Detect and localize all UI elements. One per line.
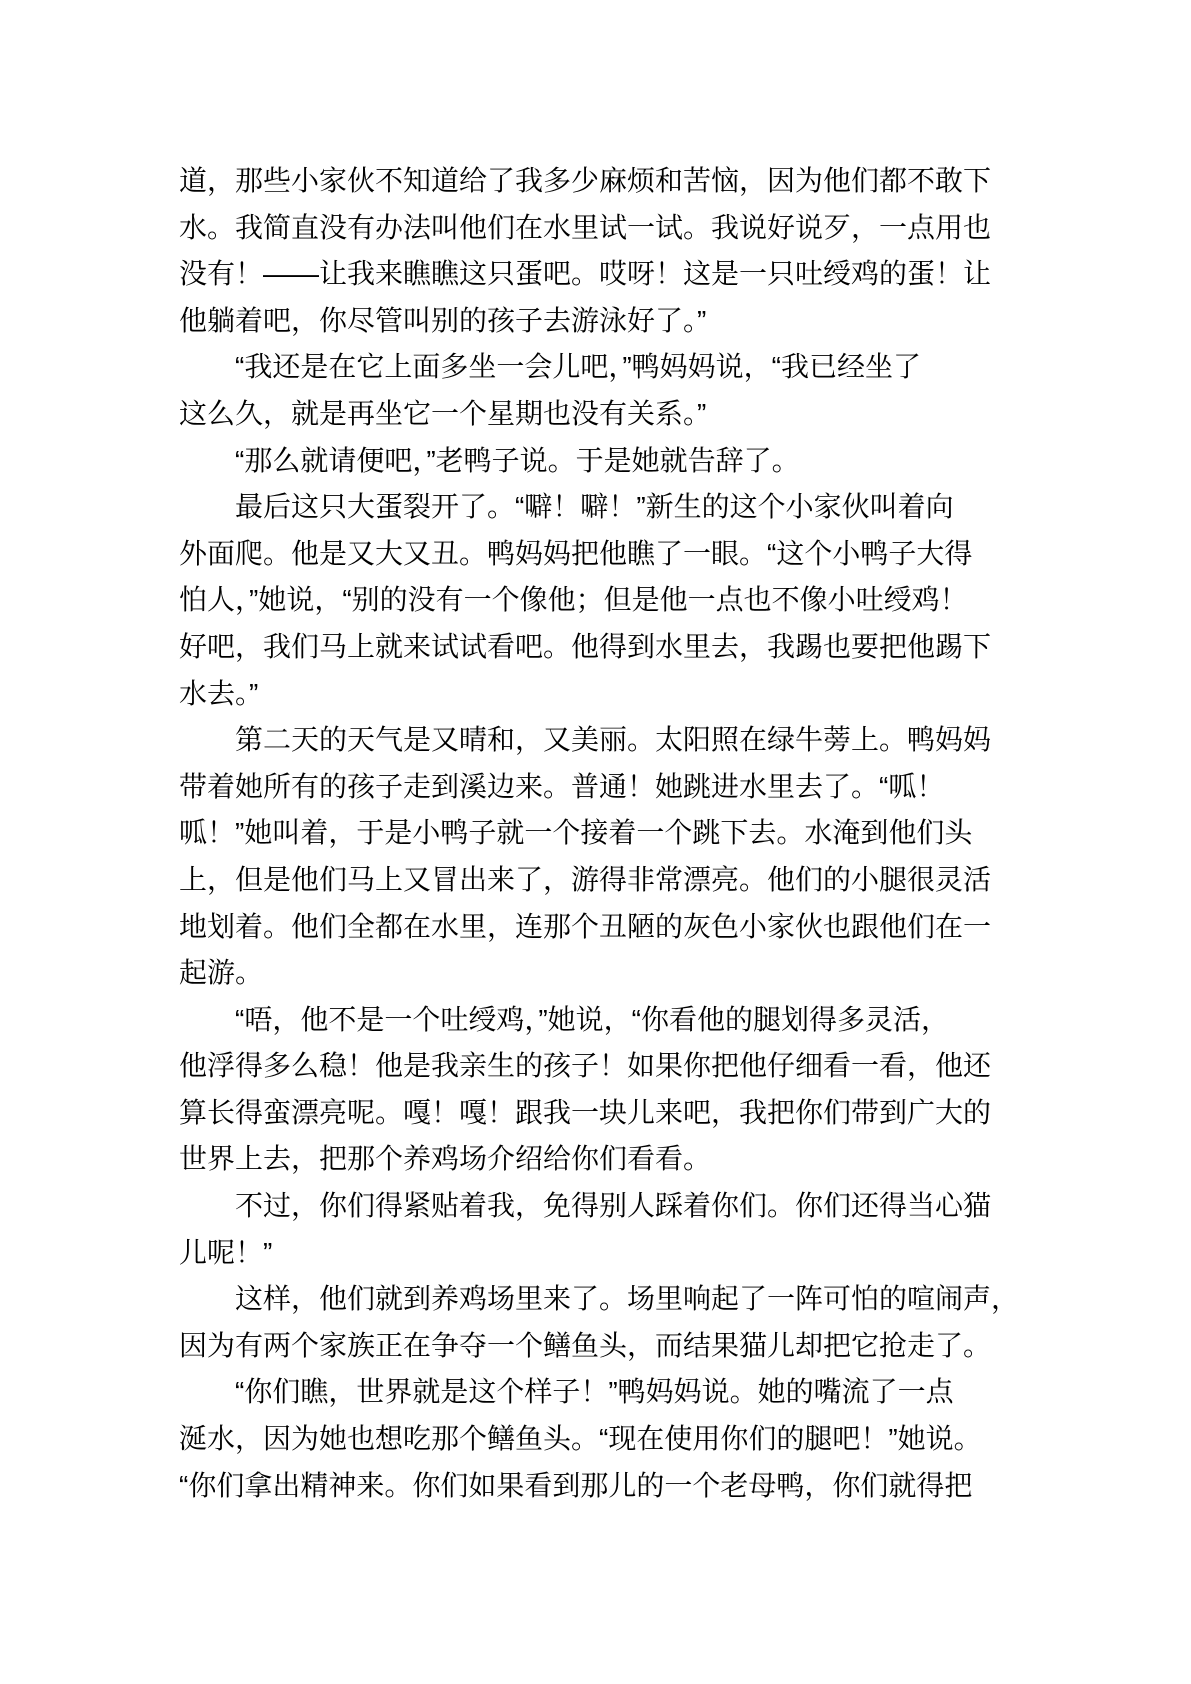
text-line: “我还是在它上面多坐一会儿吧，”鸭妈妈说，“我已经坐了 xyxy=(179,344,1019,391)
text-line: 外面爬。他是又大又丑。鸭妈妈把他瞧了一眼。“这个小鸭子大得 xyxy=(179,531,1019,578)
text-line: 他躺着吧，你尽管叫别的孩子去游泳好了。” xyxy=(179,298,1019,345)
text-line: “唔，他不是一个吐绶鸡，”她说，“你看他的腿划得多灵活， xyxy=(179,997,1019,1044)
text-line: 世界上去，把那个养鸡场介绍给你们看看。 xyxy=(179,1136,1019,1183)
paragraph-6: “唔，他不是一个吐绶鸡，”她说，“你看他的腿划得多灵活，他浮得多么稳！他是我亲生… xyxy=(179,997,1019,1183)
paragraph-3: “那么就请便吧，”老鸭子说。于是她就告辞了。 xyxy=(179,438,1019,485)
text-line: “那么就请便吧，”老鸭子说。于是她就告辞了。 xyxy=(179,438,1019,485)
text-line: 带着她所有的孩子走到溪边来。普通！她跳进水里去了。“呱！ xyxy=(179,764,1019,811)
page-text: 道，那些小家伙不知道给了我多少麻烦和苦恼，因为他们都不敢下水。我简直没有办法叫他… xyxy=(179,158,1019,1509)
text-line: 起游。 xyxy=(179,950,1019,997)
text-line: 地划着。他们全都在水里，连那个丑陋的灰色小家伙也跟他们在一 xyxy=(179,904,1019,951)
text-line: 儿呢！” xyxy=(179,1230,1019,1277)
text-line: 没有！——让我来瞧瞧这只蛋吧。哎呀！这是一只吐绶鸡的蛋！让 xyxy=(179,251,1019,298)
text-line: 他浮得多么稳！他是我亲生的孩子！如果你把他仔细看一看，他还 xyxy=(179,1043,1019,1090)
paragraph-5: 第二天的天气是又晴和，又美丽。太阳照在绿牛蒡上。鸭妈妈带着她所有的孩子走到溪边来… xyxy=(179,717,1019,997)
text-line: 这样，他们就到养鸡场里来了。场里响起了一阵可怕的喧闹声， xyxy=(179,1276,1019,1323)
text-line: 不过，你们得紧贴着我，免得别人踩着你们。你们还得当心猫 xyxy=(179,1183,1019,1230)
text-line: 道，那些小家伙不知道给了我多少麻烦和苦恼，因为他们都不敢下 xyxy=(179,158,1019,205)
text-line: 最后这只大蛋裂开了。“噼！噼！”新生的这个小家伙叫着向 xyxy=(179,484,1019,531)
text-line: 涎水，因为她也想吃那个鳝鱼头。“现在使用你们的腿吧！”她说。 xyxy=(179,1416,1019,1463)
text-line: 水。我简直没有办法叫他们在水里试一试。我说好说歹，一点用也 xyxy=(179,205,1019,252)
text-line: 水去。” xyxy=(179,671,1019,718)
text-line: 上，但是他们马上又冒出来了，游得非常漂亮。他们的小腿很灵活 xyxy=(179,857,1019,904)
text-line: 第二天的天气是又晴和，又美丽。太阳照在绿牛蒡上。鸭妈妈 xyxy=(179,717,1019,764)
text-line: “你们瞧，世界就是这个样子！”鸭妈妈说。她的嘴流了一点 xyxy=(179,1369,1019,1416)
paragraph-8: 这样，他们就到养鸡场里来了。场里响起了一阵可怕的喧闹声，因为有两个家族正在争夺一… xyxy=(179,1276,1019,1369)
text-line: 怕人，”她说，“别的没有一个像他；但是他一点也不像小吐绶鸡！ xyxy=(179,577,1019,624)
paragraph-9: “你们瞧，世界就是这个样子！”鸭妈妈说。她的嘴流了一点涎水，因为她也想吃那个鳝鱼… xyxy=(179,1369,1019,1509)
text-line: 这么久，就是再坐它一个星期也没有关系。” xyxy=(179,391,1019,438)
text-line: 因为有两个家族正在争夺一个鳝鱼头，而结果猫儿却把它抢走了。 xyxy=(179,1323,1019,1370)
text-line: 好吧，我们马上就来试试看吧。他得到水里去，我踢也要把他踢下 xyxy=(179,624,1019,671)
document-page: 道，那些小家伙不知道给了我多少麻烦和苦恼，因为他们都不敢下水。我简直没有办法叫他… xyxy=(0,0,1191,1684)
paragraph-2: “我还是在它上面多坐一会儿吧，”鸭妈妈说，“我已经坐了这么久，就是再坐它一个星期… xyxy=(179,344,1019,437)
paragraph-4: 最后这只大蛋裂开了。“噼！噼！”新生的这个小家伙叫着向外面爬。他是又大又丑。鸭妈… xyxy=(179,484,1019,717)
text-line: 呱！”她叫着，于是小鸭子就一个接着一个跳下去。水淹到他们头 xyxy=(179,810,1019,857)
paragraph-1: 道，那些小家伙不知道给了我多少麻烦和苦恼，因为他们都不敢下水。我简直没有办法叫他… xyxy=(179,158,1019,344)
paragraph-7: 不过，你们得紧贴着我，免得别人踩着你们。你们还得当心猫儿呢！” xyxy=(179,1183,1019,1276)
text-line: 算长得蛮漂亮呢。嘎！嘎！跟我一块儿来吧，我把你们带到广大的 xyxy=(179,1090,1019,1137)
text-line: “你们拿出精神来。你们如果看到那儿的一个老母鸭，你们就得把 xyxy=(179,1463,1019,1510)
